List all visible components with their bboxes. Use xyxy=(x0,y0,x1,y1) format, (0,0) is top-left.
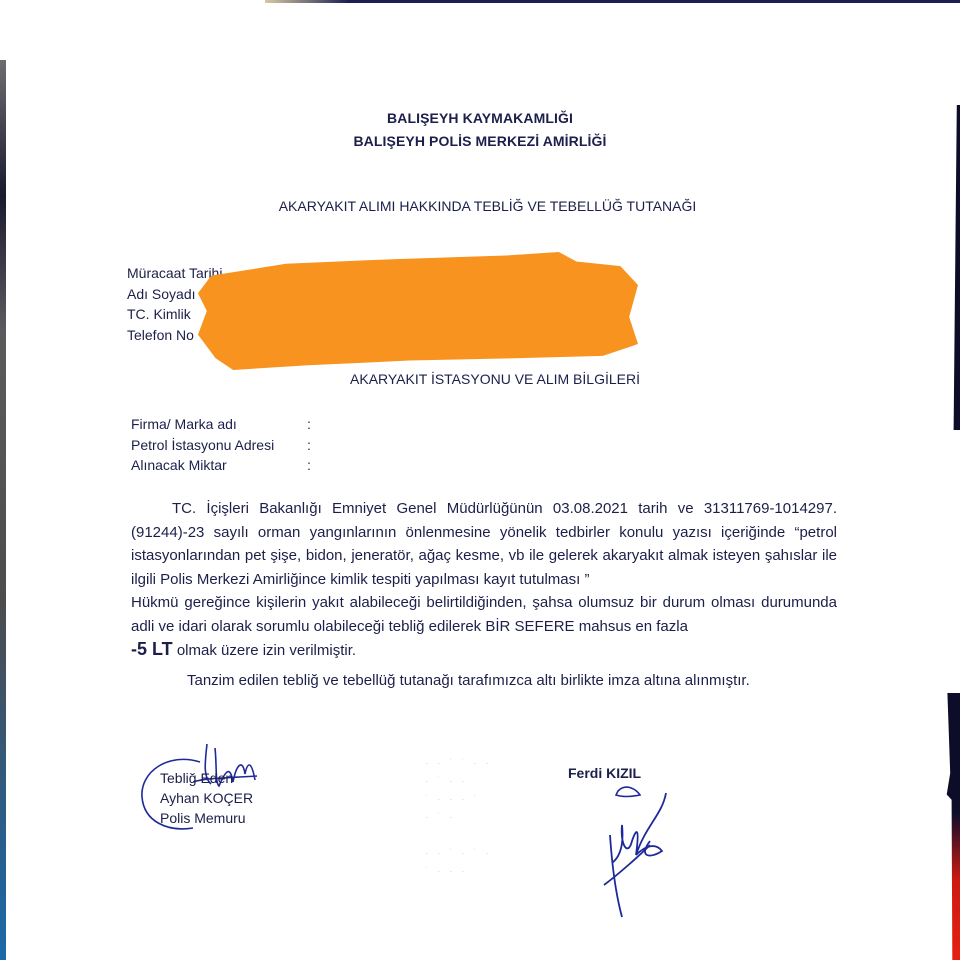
header-governorship: BALIŞEYH KAYMAKAMLIĞI xyxy=(0,110,960,126)
body-paragraph-2: Hükmü gereğince kişilerin yakıt alabilec… xyxy=(131,591,837,663)
signer-right-name: Ferdi KIZIL xyxy=(568,765,641,781)
document-title: AKARYAKIT ALIMI HAKKINDA TEBLİĞ VE TEBEL… xyxy=(0,198,960,214)
fuel-limit-value: -5 LT xyxy=(131,639,173,659)
field-amount-label: Alınacak Miktar xyxy=(131,455,307,476)
bleed-through-text: · · ˙ ˙ · ·· ˙ · ·˙ · · · ˙· ˙ ·· · ˙ · … xyxy=(425,755,575,915)
signature-block-left: Tebliğ Eden Ayhan KOÇER Polis Memuru xyxy=(160,768,253,828)
signer-left-role: Tebliğ Eden xyxy=(160,768,253,788)
signer-left-title: Polis Memuru xyxy=(160,808,253,828)
field-brand: Firma/ Marka adı : xyxy=(131,414,317,435)
field-station-address-label: Petrol İstasyonu Adresi xyxy=(131,435,307,456)
header-police-station: BALIŞEYH POLİS MERKEZİ AMİRLİĞİ xyxy=(0,133,960,149)
field-amount-separator: : xyxy=(307,455,317,476)
redaction-mark xyxy=(198,252,638,370)
station-section-title: AKARYAKIT İSTASYONU VE ALIM BİLGİLERİ xyxy=(0,371,960,387)
station-info: Firma/ Marka adı : Petrol İstasyonu Adre… xyxy=(131,414,317,476)
field-station-address-separator: : xyxy=(307,435,317,456)
field-brand-label: Firma/ Marka adı xyxy=(131,414,307,435)
document-page: BALIŞEYH KAYMAKAMLIĞI BALIŞEYH POLİS MER… xyxy=(0,0,960,960)
body-paragraph-3: Tanzim edilen tebliğ ve tebellüğ tutanağ… xyxy=(131,669,837,693)
field-brand-separator: : xyxy=(307,414,317,435)
body-paragraph-2-end: olmak üzere izin verilmiştir. xyxy=(177,642,356,659)
field-station-address: Petrol İstasyonu Adresi : xyxy=(131,435,317,456)
body-paragraph-1: TC. İçişleri Bakanlığı Emniyet Genel Müd… xyxy=(131,497,837,591)
field-amount: Alınacak Miktar : xyxy=(131,455,317,476)
body-text: TC. İçişleri Bakanlığı Emniyet Genel Müd… xyxy=(131,497,837,692)
signature-right-icon xyxy=(590,785,680,920)
body-paragraph-2-text: Hükmü gereğince kişilerin yakıt alabilec… xyxy=(131,594,837,635)
signer-left-name: Ayhan KOÇER xyxy=(160,788,253,808)
